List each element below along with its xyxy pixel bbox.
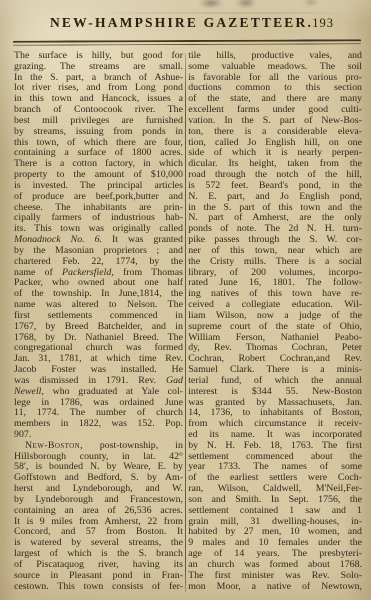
ink-smudge	[303, 0, 319, 6]
text-line: side of which it is nearly perpen-	[188, 148, 362, 159]
body-text: name was altered to Nelson. The	[14, 300, 183, 310]
text-line: In the S. part, a branch of Ashue-	[14, 73, 183, 84]
text-line: 9 males and 10 females under the	[188, 538, 362, 549]
text-line: New-Boston, post-township, in	[14, 441, 183, 452]
body-text: largest of which is the S. branch	[14, 549, 183, 559]
text-line: Monadnock No. 6. It was granted	[14, 235, 183, 246]
body-text: cipally farmers of industrious hab-	[14, 213, 183, 223]
body-text: library, of 200 volumes, incorpo-	[188, 268, 362, 278]
body-text: ponds of note. The 2d N. H. turn-	[188, 224, 362, 234]
body-text: ton, there is a considerable eleva-	[188, 127, 362, 137]
scan-scratch	[95, 12, 350, 14]
body-text: vation. In the S. part of New-Bos-	[188, 116, 362, 126]
text-line: Packer, who owned about one half	[14, 278, 183, 289]
text-line: of Piscataquog river, having its	[14, 560, 183, 571]
text-line: dy, Rev. Thomas Cochran, Peter	[188, 343, 362, 354]
text-line: property to the amount of $10,000	[14, 170, 183, 181]
body-text: cheese. The inhabitants are prin-	[14, 203, 183, 213]
body-text: son and Smith. In Sept. 1756, the	[188, 495, 362, 505]
body-text: age of 14 years. The presbyteri-	[188, 549, 362, 559]
italic-text: Newell	[14, 387, 41, 397]
body-text: of produce are beef,pork,butter and	[14, 192, 183, 202]
text-line: 11, 1774. The number of church	[14, 408, 183, 419]
body-text: chartered Feb. 22, 1774, by the	[14, 257, 183, 267]
text-line: by streams, issuing from ponds in	[14, 127, 183, 138]
body-text: Packer, who owned about one half	[14, 278, 183, 288]
right-column: tile hills, productive vales, andsome va…	[188, 51, 362, 592]
text-line: tile hills, productive vales, and	[188, 51, 362, 62]
body-text: settlement contained 1 saw and 1	[188, 506, 362, 516]
body-text: 1768, by Dr. Nathaniel Breed. The	[14, 333, 183, 343]
body-text: from which circumstance it receiv-	[188, 419, 362, 429]
body-text: liam Wilson, now a judge of the	[188, 311, 362, 321]
body-text: Cochran, Robert Cochran,and Rev.	[188, 354, 362, 364]
text-line: ed its name. It was incorporated	[188, 430, 362, 441]
body-text: dicular. Its height, taken from the	[188, 159, 362, 169]
body-text: was granted by Massachusets, Jan.	[188, 398, 362, 408]
body-text: , who graduated at Yale col-	[41, 387, 183, 397]
body-text: ran, Wilson, Caldwell, M'Neil,Fer-	[188, 484, 362, 494]
text-line: settlement commenced about the	[188, 452, 362, 463]
body-text: The first minister was Rev. Solo-	[188, 571, 362, 581]
text-line: ceived a collegiate education. Wil-	[188, 300, 362, 311]
body-text: property to the amount of $10,000	[14, 170, 183, 180]
body-text: cestown. This town consists of fer-	[14, 582, 183, 592]
body-text: of the earliest settlers were Coch-	[188, 473, 362, 483]
text-line: library, of 200 volumes, incorpo-	[188, 268, 362, 279]
body-text: by streams, issuing from ponds in	[14, 127, 183, 137]
body-text: Goffstown and Bedford, S. by Am-	[14, 473, 183, 483]
text-line: its. This town was originally called	[14, 224, 183, 235]
body-text: grazing. The streams are small.	[14, 62, 183, 72]
body-text: Concord, and 57 from Boston. It	[14, 527, 183, 537]
text-line: is invested. The principal articles	[14, 181, 183, 192]
body-text: its. This town was originally called	[14, 224, 183, 234]
body-text: members in 1822, was 152. Pop.	[14, 419, 183, 429]
body-text: name of	[14, 268, 62, 278]
text-line: in the S. part of this town and the	[188, 203, 362, 214]
body-text: in this town and Hancock, issues a	[14, 94, 183, 104]
body-text: The surface is hilly, but good for	[14, 51, 183, 61]
text-line: terial fund, of which the annual	[188, 376, 362, 387]
body-text: tion, called Jo English hill, on one	[188, 138, 362, 148]
text-line: 907.	[14, 430, 183, 441]
column-divider	[185, 53, 186, 592]
body-text: 907.	[14, 430, 31, 440]
body-text: of the township. In June,1814, the	[14, 289, 183, 299]
body-text: habited by 27 men, 10 women, and	[188, 527, 362, 537]
text-line: grazing. The streams are small.	[14, 62, 183, 73]
text-line: ran, Wilson, Caldwell, M'Neil,Fer-	[188, 484, 362, 495]
text-line: 58′, is bounded N. by Weare, E. by	[14, 462, 183, 473]
text-line: chartered Feb. 22, 1774, by the	[14, 257, 183, 268]
text-line: N. part of Amherst, are the only	[188, 213, 362, 224]
body-text: There is a cotton factory, in which	[14, 159, 183, 169]
body-text: Jacob Foster was installed. He	[14, 365, 183, 375]
body-text: N. part of Amherst, are the only	[188, 213, 362, 223]
body-text: dy, Rev. Thomas Cochran, Peter	[188, 343, 362, 353]
body-text: road through the notch of the hill,	[188, 170, 362, 180]
body-text: Hillsborough county, in lat. 42°	[14, 452, 183, 462]
text-line: 1767, by Breed Batchelder, and in	[14, 322, 183, 333]
text-line: largest of which is the S. branch	[14, 549, 183, 560]
text-line: liam Wilson, now a judge of the	[188, 311, 362, 322]
text-line: son and Smith. In Sept. 1756, the	[188, 495, 362, 506]
text-line: age of 14 years. The presbyteri-	[188, 549, 362, 560]
body-text: supreme court of the state of Ohio,	[188, 322, 362, 332]
text-line: tion, called Jo English hill, on one	[188, 138, 362, 149]
body-text: by the Masonian proprietors ; and	[14, 246, 183, 256]
text-line: grain mill, 31 dwelling-houses, in-	[188, 517, 362, 528]
body-text: grain mill, 31 dwelling-houses, in-	[188, 517, 362, 527]
text-line: Newell, who graduated at Yale col-	[14, 387, 183, 398]
body-text: ner of this town, near which are	[188, 246, 362, 256]
body-text: is favorable for all the various pro-	[188, 73, 362, 83]
text-line: name of Packersfield, from Thomas	[14, 268, 183, 279]
text-line: from which circumstance it receiv-	[188, 419, 362, 430]
italic-text: Monadnock No. 6.	[14, 235, 102, 245]
body-text: branch of Contoocook river. The	[14, 105, 183, 115]
text-line: ponds of note. The 2d N. H. turn-	[188, 224, 362, 235]
ink-smudge	[236, 0, 256, 8]
body-text: , from Thomas	[111, 268, 183, 278]
text-line: mon Moor, a native of Newtown,	[188, 582, 362, 593]
book-page: NEW-HAMPSHIRE GAZETTEER. 193 The surface…	[0, 0, 371, 600]
text-line: in this town and Hancock, issues a	[14, 94, 183, 105]
body-text: mon Moor, a native of Newtown,	[188, 582, 362, 592]
body-text: congregational church was formed	[14, 343, 183, 353]
text-line: Jan. 31, 1781, at which time Rev.	[14, 354, 183, 365]
text-line: excellent farms under good culti-	[188, 105, 362, 116]
body-text: is invested. The principal articles	[14, 181, 183, 191]
body-text: Samuel Clark. There is a minis-	[188, 365, 362, 375]
body-text: pike passes through the S. W. cor-	[188, 235, 362, 245]
text-line: supreme court of the state of Ohio,	[188, 322, 362, 333]
body-text: ductions common to this section	[188, 83, 362, 93]
text-line: of the state, and there are many	[188, 94, 362, 105]
body-text: an church was formed about 1768.	[188, 560, 362, 570]
text-line: is watered by several streams, the	[14, 538, 183, 549]
text-line: by Lyndeborough and Francestown,	[14, 495, 183, 506]
text-line: was granted by Massachusets, Jan.	[188, 398, 362, 409]
body-text: of Piscataquog river, having its	[14, 560, 183, 570]
text-line: of the township. In June,1814, the	[14, 289, 183, 300]
body-text: lege in 1786, was ordained June	[14, 398, 183, 408]
body-text: In the S. part, a branch of Ashue-	[14, 73, 183, 83]
text-line: was dismissed in 1791. Rev. Gad	[14, 376, 183, 387]
text-line: members in 1822, was 152. Pop.	[14, 419, 183, 430]
text-line: Goffstown and Bedford, S. by Am-	[14, 473, 183, 484]
text-line: congregational church was formed	[14, 343, 183, 354]
text-line: year 1733. The names of some	[188, 462, 362, 473]
text-line: lot river rises, and from Long pond	[14, 83, 183, 94]
text-line: ing natives of this town have re-	[188, 289, 362, 300]
text-line: source in Pleasant pond in Fran-	[14, 571, 183, 582]
body-text: best mill privileges are furnished	[14, 116, 183, 126]
text-line: Hillsborough county, in lat. 42°	[14, 452, 183, 463]
body-text: first settlements commenced in	[14, 311, 183, 321]
body-text: settlement commenced about the	[188, 452, 362, 462]
page-header: NEW-HAMPSHIRE GAZETTEER. 193	[0, 15, 371, 33]
text-line: Jacob Foster was installed. He	[14, 365, 183, 376]
body-text: interest is $344 55. New-Boston	[188, 387, 362, 397]
text-line: It is 9 miles from Amherst, 22 from	[14, 517, 183, 528]
text-line: road through the notch of the hill,	[188, 170, 362, 181]
text-line: 14, 1736, to inhabitants of Boston,	[188, 408, 362, 419]
text-line: by the Masonian proprietors ; and	[14, 246, 183, 257]
italic-text: Packersfield	[62, 268, 111, 278]
text-line: Samuel Clark. There is a minis-	[188, 365, 362, 376]
text-line: branch of Contoocook river. The	[14, 105, 183, 116]
body-text: It was granted	[102, 235, 183, 245]
text-line: the Cristy mills. There is a social	[188, 257, 362, 268]
body-text: ing natives of this town have re-	[188, 289, 362, 299]
text-line: The first minister was Rev. Solo-	[188, 571, 362, 582]
body-text: of the state, and there are many	[188, 94, 362, 104]
body-text: Jan. 31, 1781, at which time Rev.	[14, 354, 183, 364]
ink-smudge	[199, 0, 223, 8]
text-line: containing an area of 26,536 acres.	[14, 506, 183, 517]
text-columns: The surface is hilly, but good forgrazin…	[0, 45, 371, 592]
text-line: William Ferson, Nathaniel Peabo-	[188, 333, 362, 344]
text-line: ductions common to this section	[188, 83, 362, 94]
text-line: is 572 feet. Beard's pond, in the	[188, 181, 362, 192]
body-text: ed its name. It was incorporated	[188, 430, 362, 440]
text-line: rated June 16, 1801. The follow-	[188, 278, 362, 289]
body-text: lot river rises, and from Long pond	[14, 83, 183, 93]
body-text: 58′, is bounded N. by Weare, E. by	[14, 462, 183, 472]
body-text: was dismissed in 1791. Rev.	[14, 376, 166, 386]
body-text: tile hills, productive vales, and	[188, 51, 362, 61]
text-line: There is a cotton factory, in which	[14, 159, 183, 170]
body-text: William Ferson, Nathaniel Peabo-	[188, 333, 362, 343]
body-text: the Cristy mills. There is a social	[188, 257, 362, 267]
text-line: of produce are beef,pork,butter and	[14, 192, 183, 203]
text-line: name was altered to Nelson. The	[14, 300, 183, 311]
text-line: habited by 27 men, 10 women, and	[188, 527, 362, 538]
text-line: this town, of which there are four,	[14, 138, 183, 149]
text-line: cestown. This town consists of fer-	[14, 582, 183, 593]
text-line: Concord, and 57 from Boston. It	[14, 527, 183, 538]
body-text: herst and Lyndeborough, and W.	[14, 484, 183, 494]
text-line: settlement contained 1 saw and 1	[188, 506, 362, 517]
text-line: N. E. part, and Jo English pond,	[188, 192, 362, 203]
body-text: 9 males and 10 females under the	[188, 538, 362, 548]
body-text: by Lyndeborough and Francestown,	[14, 495, 183, 505]
body-text: some valuable meadows. The soil	[188, 62, 362, 72]
body-text: It is 9 miles from Amherst, 22 from	[14, 517, 183, 527]
body-text: ceived a collegiate education. Wil-	[188, 300, 362, 310]
body-text: 14, 1736, to inhabitants of Boston,	[188, 408, 362, 418]
body-text: containing an area of 26,536 acres.	[14, 506, 183, 516]
small-caps-text: New-Boston	[25, 441, 80, 451]
body-text: year 1733. The names of some	[188, 462, 362, 472]
text-line: first settlements commenced in	[14, 311, 183, 322]
text-line: of the earliest settlers were Coch-	[188, 473, 362, 484]
text-line: pike passes through the S. W. cor-	[188, 235, 362, 246]
body-text: 11, 1774. The number of church	[14, 408, 183, 418]
body-text: in the S. part of this town and the	[188, 203, 362, 213]
text-line: Cochran, Robert Cochran,and Rev.	[188, 354, 362, 365]
body-text: by N. H. Feb. 18, 1763. The first	[188, 441, 362, 451]
body-text: , post-township, in	[80, 441, 183, 451]
body-text: source in Pleasant pond in Fran-	[14, 571, 183, 581]
text-line: herst and Lyndeborough, and W.	[14, 484, 183, 495]
body-text: containing a surface of 1800 acres.	[14, 148, 183, 158]
body-text: N. E. part, and Jo English pond,	[188, 192, 362, 202]
text-line: 1768, by Dr. Nathaniel Breed. The	[14, 333, 183, 344]
body-text: is watered by several streams, the	[14, 538, 183, 548]
text-line: ton, there is a considerable eleva-	[188, 127, 362, 138]
body-text: side of which it is nearly perpen-	[188, 148, 362, 158]
text-line: lege in 1786, was ordained June	[14, 398, 183, 409]
text-line: by N. H. Feb. 18, 1763. The first	[188, 441, 362, 452]
body-text: this town, of which there are four,	[14, 138, 183, 148]
text-line: interest is $344 55. New-Boston	[188, 387, 362, 398]
text-line: vation. In the S. part of New-Bos-	[188, 116, 362, 127]
text-line: dicular. Its height, taken from the	[188, 159, 362, 170]
body-text: 1767, by Breed Batchelder, and in	[14, 322, 183, 332]
text-line: an church was formed about 1768.	[188, 560, 362, 571]
text-line: containing a surface of 1800 acres.	[14, 148, 183, 159]
body-text: rated June 16, 1801. The follow-	[188, 278, 362, 288]
body-text: is 572 feet. Beard's pond, in the	[188, 181, 362, 191]
body-text: terial fund, of which the annual	[188, 376, 362, 386]
body-text: excellent farms under good culti-	[188, 105, 362, 115]
text-line: is favorable for all the various pro-	[188, 73, 362, 84]
left-column: The surface is hilly, but good forgrazin…	[14, 51, 183, 592]
text-line: best mill privileges are furnished	[14, 116, 183, 127]
text-line: ner of this town, near which are	[188, 246, 362, 257]
text-line: some valuable meadows. The soil	[188, 62, 362, 73]
text-line: The surface is hilly, but good for	[14, 51, 183, 62]
page-number: 193	[312, 16, 334, 31]
italic-text: Gad	[166, 376, 183, 386]
text-line: cheese. The inhabitants are prin-	[14, 203, 183, 214]
text-line: cipally farmers of industrious hab-	[14, 213, 183, 224]
